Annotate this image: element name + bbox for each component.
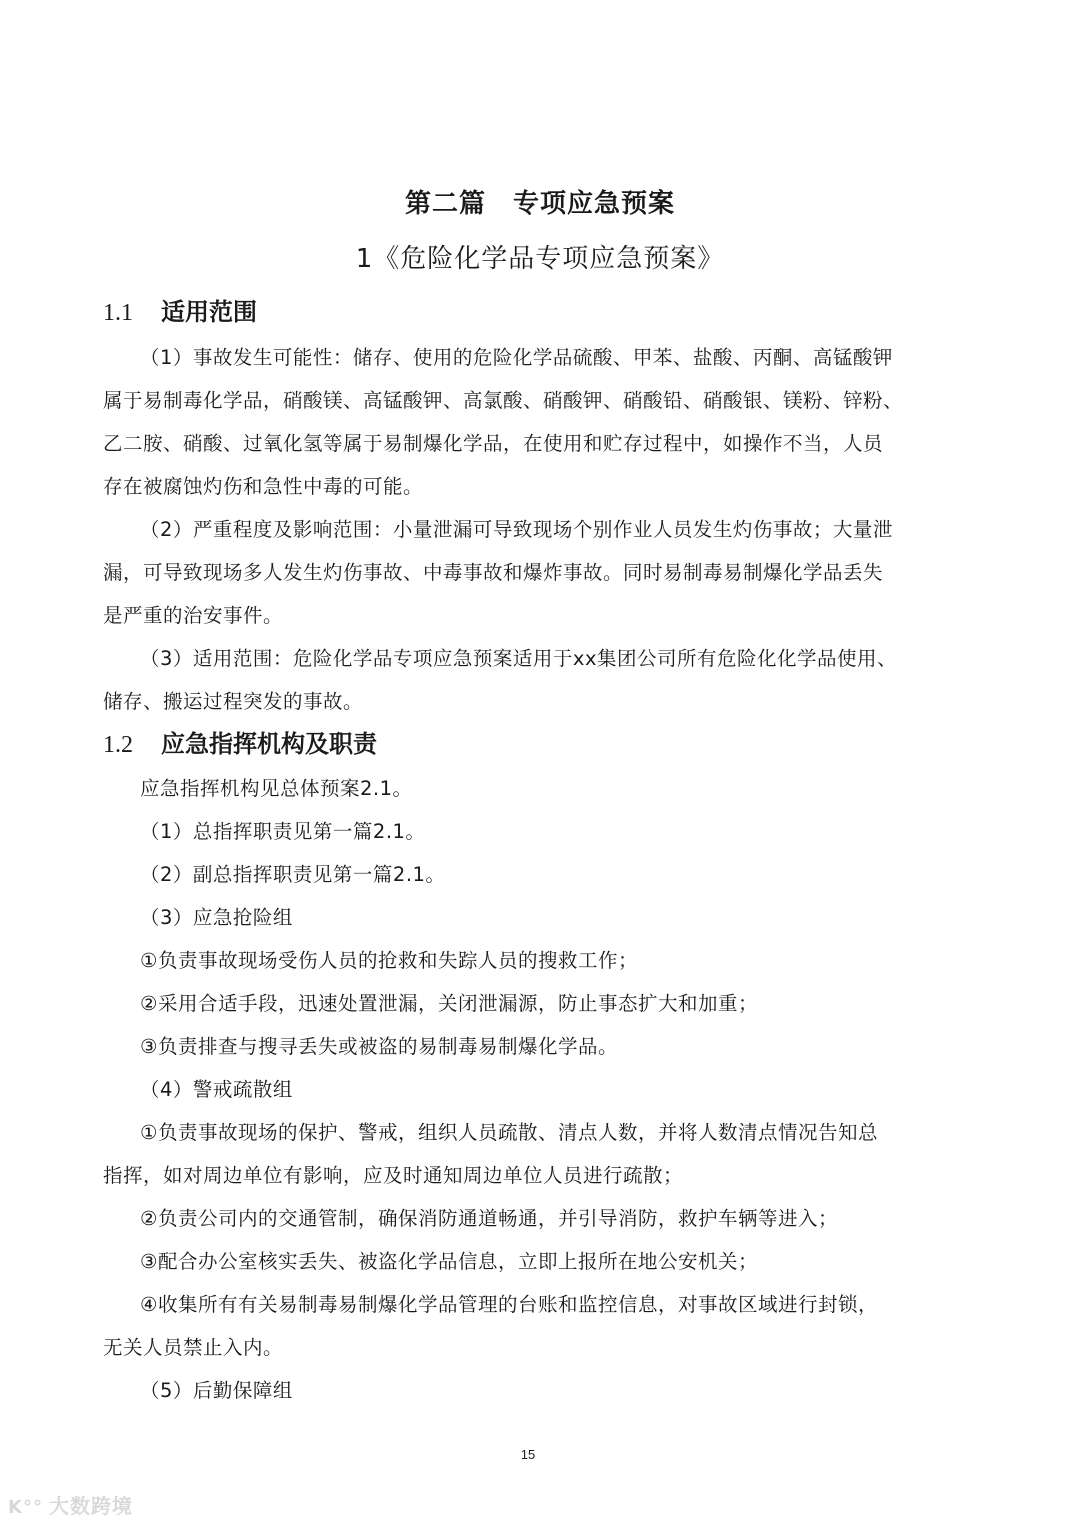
- page-number: 15: [0, 1447, 1056, 1462]
- paragraph-line: （3）适用范围：危险化学品专项应急预案适用于xx集团公司所有危险化化学品使用、: [140, 643, 897, 671]
- section-title: 适用范围: [161, 298, 257, 326]
- paragraph-line: （4）警戒疏散组: [140, 1074, 293, 1102]
- paragraph-line: （2）副总指挥职责见第一篇2.1。: [140, 859, 445, 887]
- paragraph-line: （1）总指挥职责见第一篇2.1。: [140, 816, 425, 844]
- section-number: 1.2: [103, 732, 161, 759]
- paragraph-line: ①负责事故现场的保护、警戒，组织人员疏散、清点人数，并将人数清点情况告知总: [140, 1117, 878, 1145]
- paragraph-line: 属于易制毒化学品，硝酸镁、高锰酸钾、高氯酸、硝酸钾、硝酸铅、硝酸银、镁粉、锌粉、: [103, 385, 903, 413]
- paragraph-line: 乙二胺、硝酸、过氧化氢等属于易制爆化学品，在使用和贮存过程中，如操作不当，人员: [103, 428, 883, 456]
- paragraph-line: 指挥，如对周边单位有影响，应及时通知周边单位人员进行疏散；: [103, 1160, 683, 1188]
- section-heading-1-2: 1.2应急指挥机构及职责: [103, 724, 377, 759]
- paragraph-line: ③配合办公室核实丢失、被盗化学品信息，立即上报所在地公安机关；: [140, 1246, 758, 1274]
- section-number: 1.1: [103, 300, 161, 327]
- paragraph-line: 储存、搬运过程突发的事故。: [103, 686, 363, 714]
- paragraph-line: （1）事故发生可能性：储存、使用的危险化学品硫酸、甲苯、盐酸、丙酮、高锰酸钾: [140, 342, 893, 370]
- paragraph-line: （3）应急抢险组: [140, 902, 293, 930]
- paragraph-line: ③负责排查与搜寻丢失或被盗的易制毒易制爆化学品。: [140, 1031, 618, 1059]
- part-title: 第二篇 专项应急预案: [0, 183, 1080, 220]
- paragraph-line: ②负责公司内的交通管制，确保消防通道畅通，并引导消防，救护车辆等进入；: [140, 1203, 838, 1231]
- watermark-logo-icon: K°°: [8, 1497, 43, 1518]
- paragraph-line: 是严重的治安事件。: [103, 600, 283, 628]
- document-page: 第二篇 专项应急预案 1《危险化学品专项应急预案》 1.1适用范围 （1）事故发…: [0, 0, 1080, 1526]
- paragraph-line: 无关人员禁止入内。: [103, 1332, 283, 1360]
- plan-title: 1《危险化学品专项应急预案》: [0, 238, 1080, 275]
- paragraph-line: ④收集所有有关易制毒易制爆化学品管理的台账和监控信息，对事故区域进行封锁，: [140, 1289, 878, 1317]
- paragraph-line: （2）严重程度及影响范围：小量泄漏可导致现场个别作业人员发生灼伤事故；大量泄: [140, 514, 893, 542]
- paragraph-line: （5）后勤保障组: [140, 1375, 293, 1403]
- paragraph-line: ②采用合适手段，迅速处置泄漏，关闭泄漏源，防止事态扩大和加重；: [140, 988, 758, 1016]
- watermark-text: 大数跨境: [49, 1494, 133, 1518]
- paragraph-line: ①负责事故现场受伤人员的抢救和失踪人员的搜救工作；: [140, 945, 638, 973]
- section-heading-1-1: 1.1适用范围: [103, 292, 257, 327]
- paragraph-line: 存在被腐蚀灼伤和急性中毒的可能。: [103, 471, 423, 499]
- section-title: 应急指挥机构及职责: [161, 730, 377, 758]
- paragraph-line: 应急指挥机构见总体预案2.1。: [140, 773, 413, 801]
- watermark: K°°大数跨境: [8, 1490, 133, 1519]
- paragraph-line: 漏，可导致现场多人发生灼伤事故、中毒事故和爆炸事故。同时易制毒易制爆化学品丢失: [103, 557, 883, 585]
